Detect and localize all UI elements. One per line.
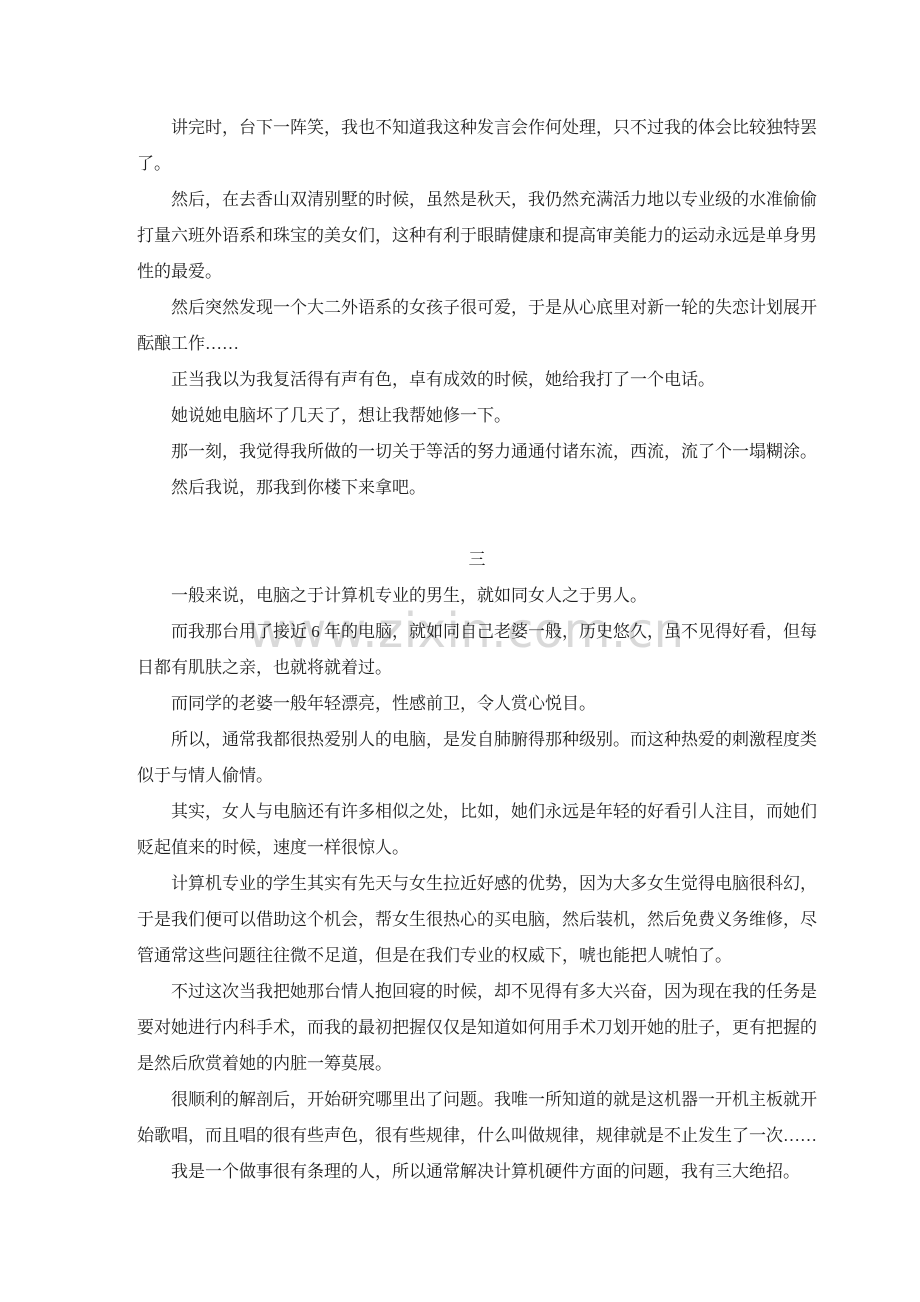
- paragraph: 正当我以为我复活得有声有色，卓有成效的时候，她给我打了一个电话。: [137, 362, 817, 398]
- paragraph: 然后我说，那我到你楼下来拿吧。: [137, 470, 817, 506]
- paragraph: 而我那台用了接近 6 年的电脑，就如同自己老婆一般，历史悠久，虽不见得好看，但每…: [137, 614, 817, 686]
- paragraph: 然后，在去香山双清别墅的时候，虽然是秋天，我仍然充满活力地以专业级的水准偷偷打量…: [137, 182, 817, 290]
- paragraph: 她说她电脑坏了几天了，想让我帮她修一下。: [137, 398, 817, 434]
- paragraph: 那一刻，我觉得我所做的一切关于等活的努力通通付诸东流，西流，流了个一塌糊涂。: [137, 434, 817, 470]
- document-body: 讲完时，台下一阵笑，我也不知道我这种发言会作何处理，只不过我的体会比较独特罢了。…: [137, 110, 817, 1190]
- paragraph: 讲完时，台下一阵笑，我也不知道我这种发言会作何处理，只不过我的体会比较独特罢了。: [137, 110, 817, 182]
- document-page: www.zixin.com.cn 讲完时，台下一阵笑，我也不知道我这种发言会作何…: [0, 0, 920, 1302]
- paragraph: 我是一个做事很有条理的人，所以通常解决计算机硬件方面的问题，我有三大绝招。: [137, 1154, 817, 1190]
- paragraph: 所以，通常我都很热爱别人的电脑，是发自肺腑得那种级别。而这种热爱的刺激程度类似于…: [137, 722, 817, 794]
- section-heading: 三: [137, 542, 817, 578]
- paragraph: 一般来说，电脑之于计算机专业的男生，就如同女人之于男人。: [137, 578, 817, 614]
- paragraph: 然后突然发现一个大二外语系的女孩子很可爱，于是从心底里对新一轮的失恋计划展开酝酿…: [137, 290, 817, 362]
- paragraph: 不过这次当我把她那台情人抱回寝的时候，却不见得有多大兴奋，因为现在我的任务是要对…: [137, 974, 817, 1082]
- paragraph: 计算机专业的学生其实有先天与女生拉近好感的优势，因为大多女生觉得电脑很科幻，于是…: [137, 866, 817, 974]
- paragraph: 而同学的老婆一般年轻漂亮，性感前卫，令人赏心悦目。: [137, 686, 817, 722]
- paragraph: 其实，女人与电脑还有许多相似之处，比如，她们永远是年轻的好看引人注目，而她们贬起…: [137, 794, 817, 866]
- paragraph: 很顺利的解剖后，开始研究哪里出了问题。我唯一所知道的就是这机器一开机主板就开始歌…: [137, 1082, 817, 1154]
